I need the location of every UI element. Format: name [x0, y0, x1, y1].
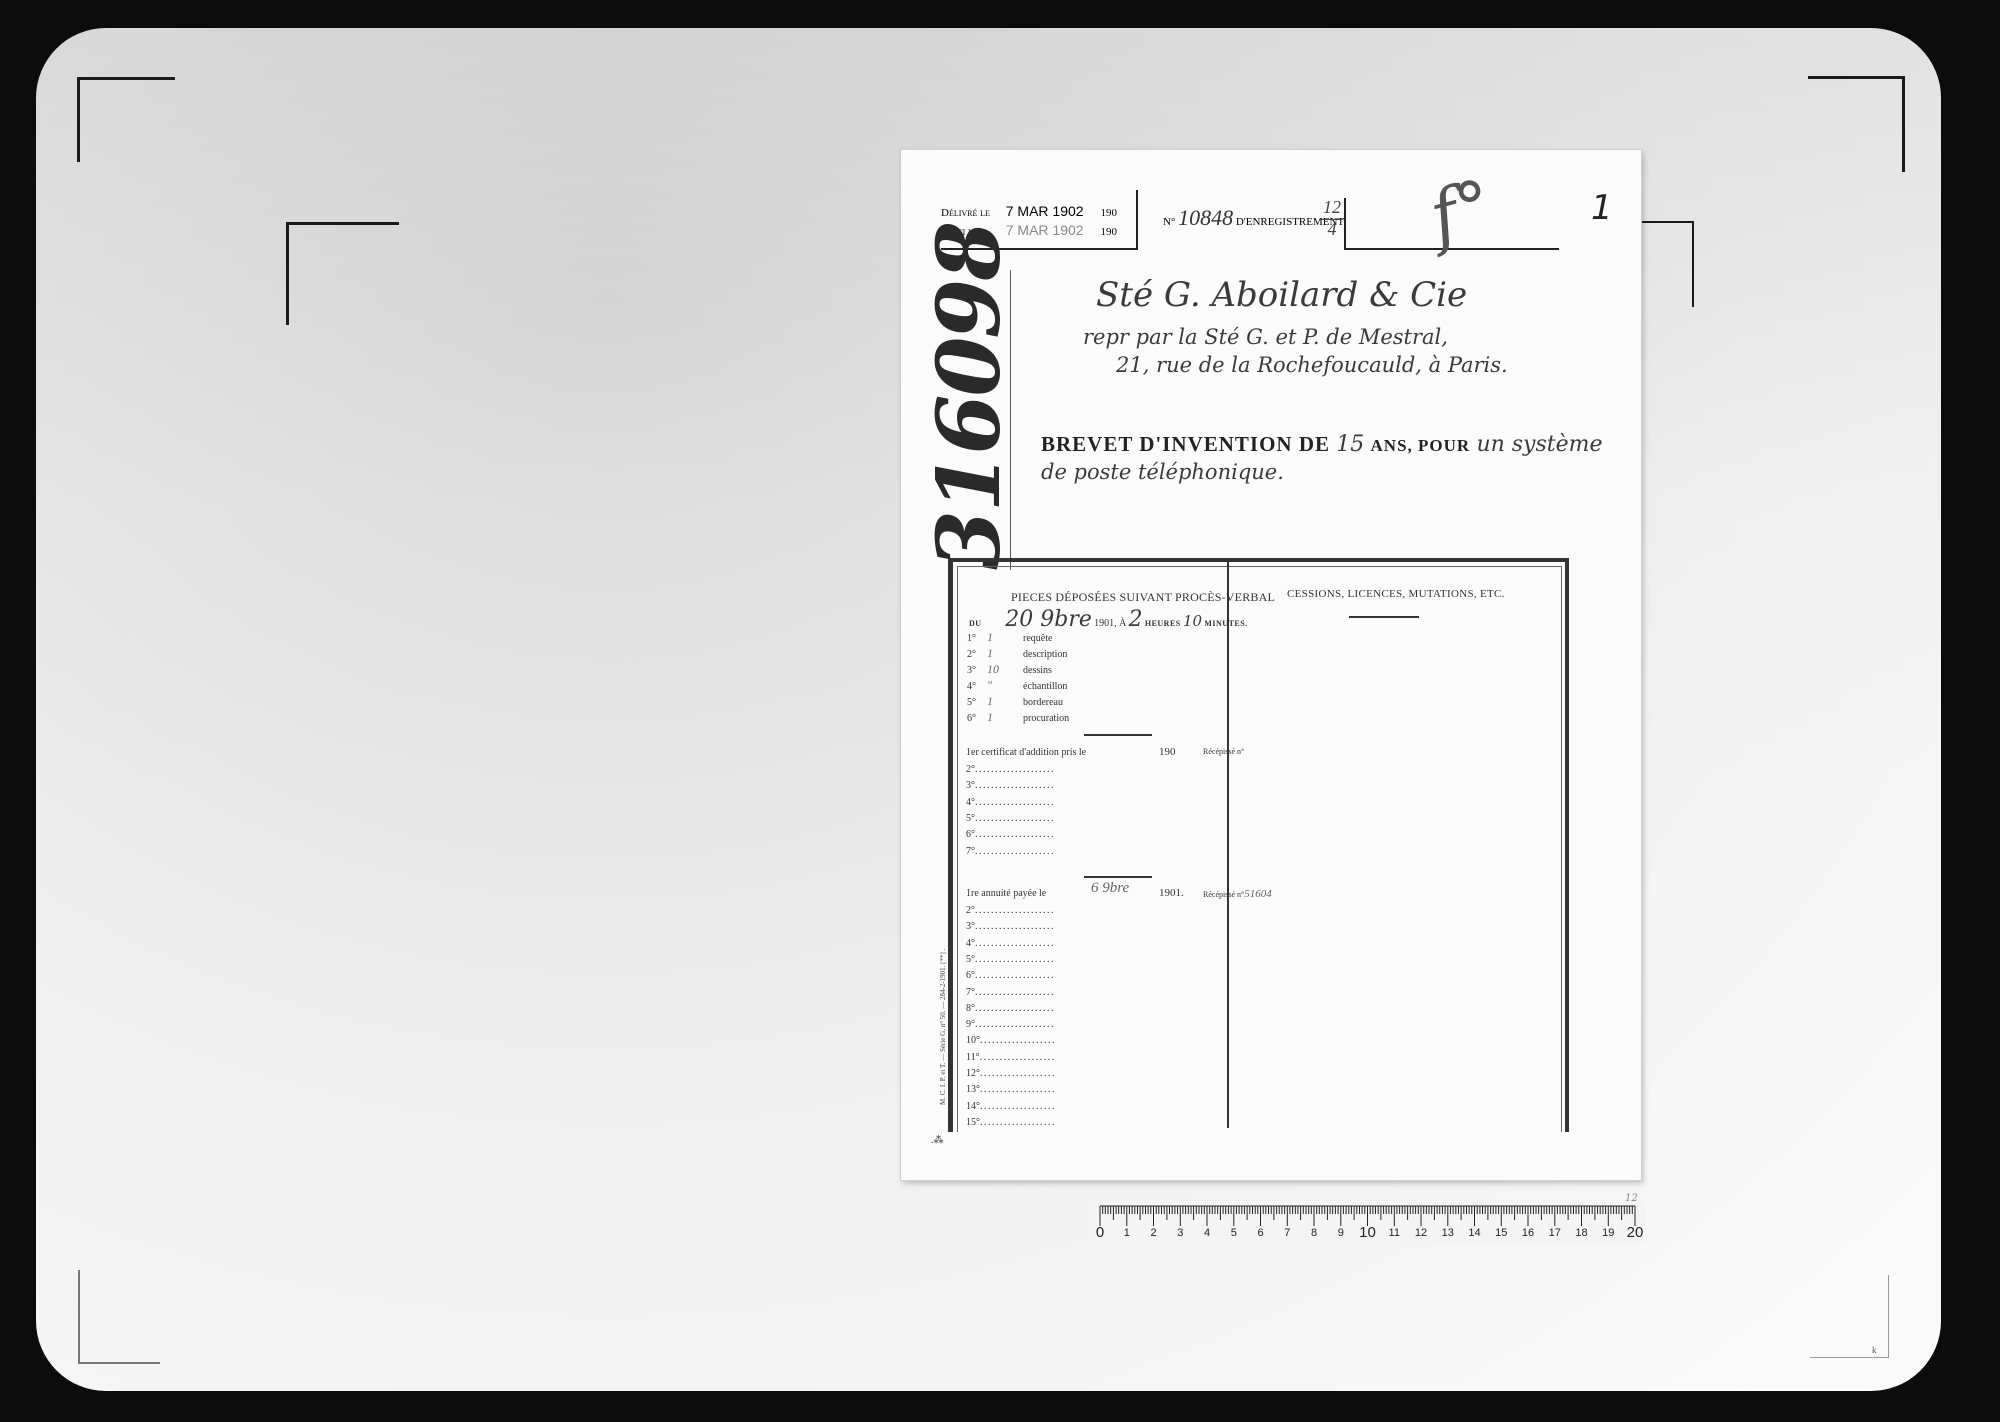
annuity-row-number: 13° [966, 1084, 980, 1095]
certificates-rule [1084, 734, 1152, 736]
annuity-row: 4°.................... [966, 938, 1055, 949]
annuity-row-number: 6° [966, 970, 975, 981]
holder-representative: repr par la Sté G. et P. de Mestral, [1083, 325, 1448, 349]
annuity-receipt-number: 51604 [1244, 888, 1272, 900]
folio-number: 12 [1625, 1193, 1638, 1204]
certificate-row-number: 6° [966, 829, 975, 840]
title-years: 15 [1336, 432, 1364, 457]
fraction-top: 12 [1321, 196, 1343, 218]
delivered-row: Délivré le 7 MAR 1902 190 [941, 203, 1117, 219]
dotted-leader: ................... [980, 1101, 1056, 1112]
page-number: 1 [1591, 188, 1613, 228]
ink-mark: .⁂ [931, 1135, 944, 1146]
dotted-leader: ................... [980, 1084, 1056, 1095]
annuity-row: 6°.................... [966, 970, 1055, 981]
ruler-label: 18 [1575, 1227, 1587, 1239]
annuity-row-number: 8° [966, 1003, 975, 1014]
piece-item: 5°1bordereau [967, 694, 1063, 709]
dotted-leader: .................... [975, 987, 1055, 998]
ruler-label: 4 [1204, 1227, 1210, 1239]
piece-number: 1° [967, 633, 987, 644]
ruler-label: 1 [1124, 1227, 1130, 1239]
certificate-first-row: 1er certificat d'addition pris le [966, 747, 1086, 758]
annuity-first-date: 6 9bre [1091, 880, 1129, 897]
delivered-year: 190 [1101, 207, 1118, 219]
dotted-leader: .................... [975, 813, 1055, 824]
piece-item: 4°"échantillon [967, 678, 1067, 693]
annuity-receipt-label: Récépissé n° [1203, 890, 1244, 899]
ruler-label: 3 [1177, 1227, 1183, 1239]
certificate-receipt-label: Récépissé n° [1203, 747, 1244, 756]
ruler-label: 13 [1442, 1227, 1454, 1239]
crop-mark-bottom-left [78, 1270, 160, 1364]
annuity-row-number: 10° [966, 1035, 980, 1046]
ruler-label: 16 [1522, 1227, 1534, 1239]
printer-imprint: M. C. I. P. et T. — Série G, n° 50. — 28… [939, 949, 947, 1105]
dotted-leader: .................... [975, 797, 1055, 808]
annuity-row: 5°.................... [966, 954, 1055, 965]
margin-rule [1010, 270, 1011, 570]
ruler-label: 0 [1096, 1224, 1104, 1241]
annuity-row-number: 14° [966, 1101, 980, 1112]
annuity-row-number: 11° [966, 1052, 980, 1063]
crop-mark-top-left [77, 77, 175, 162]
holder-address: 21, rue de la Rochefoucauld, à Paris. [1116, 353, 1508, 377]
piece-label: échantillon [1023, 681, 1067, 692]
certificate-row: 6°.................... [966, 829, 1055, 840]
filing-minutes: 10 [1183, 612, 1202, 630]
title-subject-2: de poste téléphonique. [1041, 460, 1284, 484]
delivered-label: Délivré le [941, 207, 1003, 219]
piece-quantity: 1 [987, 646, 1007, 661]
dotted-leader: .................... [975, 970, 1055, 981]
certificate-row: 4°.................... [966, 797, 1055, 808]
certificate-row: 2°.................... [966, 764, 1055, 775]
dotted-leader: .................... [975, 780, 1055, 791]
piece-label: procuration [1023, 713, 1069, 724]
patent-record-card: Délivré le 7 MAR 1902 190 Parti le 7 MAR… [901, 150, 1641, 1180]
dotted-leader: .................... [975, 846, 1055, 857]
ruler-label: 19 [1602, 1227, 1614, 1239]
dotted-leader: ................... [980, 1035, 1056, 1046]
cessions-rule [1349, 616, 1419, 618]
dotted-leader: ................... [980, 1052, 1056, 1063]
piece-label: description [1023, 649, 1067, 660]
certificate-row-number: 5° [966, 813, 975, 824]
certificate-first-label: 1er certificat d'addition pris le [966, 747, 1086, 758]
dotted-leader: .................... [975, 764, 1055, 775]
patent-number: 316098 [919, 223, 1020, 570]
ruler-label: 6 [1257, 1227, 1263, 1239]
certificate-row-number: 4° [966, 797, 975, 808]
annuity-row-number: 12° [966, 1068, 980, 1079]
fraction-bottom: 4 [1321, 218, 1343, 240]
du-label: DU [969, 619, 1003, 628]
piece-item: 6°1procuration [967, 710, 1069, 725]
annuity-first-row: 1re annuité payée le [966, 888, 1046, 899]
annuities-rule [1084, 876, 1152, 878]
delivered-stamp: 7 MAR 1902 [1006, 203, 1098, 219]
registration-number: 10848 [1178, 205, 1233, 230]
ruler-label: 14 [1468, 1227, 1480, 1239]
annuity-first-label: 1re annuité payée le [966, 888, 1046, 899]
fraction-line [1319, 219, 1343, 220]
annuity-row: 9°.................... [966, 1019, 1055, 1030]
column-divider [1227, 560, 1229, 1128]
annuity-row: 14°................... [966, 1101, 1056, 1112]
dotted-leader: .................... [975, 921, 1055, 932]
ruler-label: 10 [1359, 1224, 1376, 1241]
piece-label: dessins [1023, 665, 1052, 676]
certificate-row-number: 3° [966, 780, 975, 791]
patent-title: BREVET D'INVENTION DE 15 ANS, POUR un sy… [1041, 432, 1603, 457]
annuity-row: 7°.................... [966, 987, 1055, 998]
annuity-row-number: 9° [966, 1019, 975, 1030]
annuity-row-number: 15° [966, 1117, 980, 1128]
dotted-leader: ................... [980, 1117, 1056, 1128]
crop-mark-inner-top-right [1640, 221, 1694, 307]
piece-item: 1°1requête [967, 630, 1052, 645]
cessions-heading: CESSIONS, LICENCES, MUTATIONS, ETC. [1287, 588, 1505, 600]
annuity-row: 8°.................... [966, 1003, 1055, 1014]
annuity-row: 2°.................... [966, 905, 1055, 916]
ruler-label: 17 [1549, 1227, 1561, 1239]
annuity-row: 13°................... [966, 1084, 1056, 1095]
dotted-leader: ................... [980, 1068, 1056, 1079]
piece-number: 6° [967, 713, 987, 724]
ruler-label: 9 [1338, 1227, 1344, 1239]
piece-item: 2°1description [967, 646, 1067, 661]
ruler-label: 5 [1231, 1227, 1237, 1239]
annuity-row-number: 3° [966, 921, 975, 932]
certificate-row-number: 2° [966, 764, 975, 775]
annuity-receipt: Récépissé n°51604 [1203, 888, 1272, 900]
annuity-row: 12°................... [966, 1068, 1056, 1079]
hour-label: HEURES [1145, 619, 1181, 628]
ruler-label: 8 [1311, 1227, 1317, 1239]
filing-date-row: DU 20 9bre 1901, À 2 HEURES 10 MINUTES. [969, 607, 1248, 632]
dotted-leader: .................... [975, 938, 1055, 949]
title-subject-1: un système [1476, 432, 1602, 457]
piece-number: 2° [967, 649, 987, 660]
annuity-year: 1901. [1159, 887, 1184, 899]
piece-label: requête [1023, 633, 1052, 644]
piece-label: bordereau [1023, 697, 1063, 708]
departed-year: 190 [1101, 226, 1118, 238]
annuity-row: 15°................... [966, 1117, 1056, 1128]
piece-number: 4° [967, 681, 987, 692]
dotted-leader: .................... [975, 905, 1055, 916]
ruler-label: 12 [1415, 1227, 1427, 1239]
pieces-heading: PIECES DÉPOSÉES SUIVANT PROCÈS-VERBAL [1011, 590, 1275, 605]
piece-item: 3°10dessins [967, 662, 1052, 677]
annuity-row: 11°................... [966, 1052, 1056, 1063]
piece-quantity: 1 [987, 694, 1007, 709]
certificate-row: 7°.................... [966, 846, 1055, 857]
ruler-label: 7 [1284, 1227, 1290, 1239]
annuity-row-number: 5° [966, 954, 975, 965]
piece-quantity: 10 [987, 662, 1007, 677]
registration: N° 10848 D'ENREGISTREMENT [1163, 205, 1344, 231]
certificate-row: 3°.................... [966, 780, 1055, 791]
piece-quantity: 1 [987, 630, 1007, 645]
certificate-row: 5°.................... [966, 813, 1055, 824]
scale-ruler: 01234567891011121314151617181920 [1090, 1200, 1646, 1245]
annuity-row-number: 7° [966, 987, 975, 998]
piece-quantity: 1 [987, 710, 1007, 725]
ruler-label: 15 [1495, 1227, 1507, 1239]
piece-quantity: " [987, 678, 1007, 693]
certificate-row-number: 7° [966, 846, 975, 857]
ruler-label: 20 [1627, 1224, 1644, 1241]
filing-year: 1901 [1094, 618, 1114, 629]
crop-mark-top-right [1808, 76, 1905, 172]
crop-mark-bottom-right [1810, 1275, 1889, 1358]
title-prefix: BREVET D'INVENTION DE [1041, 432, 1330, 456]
dotted-leader: .................... [975, 1019, 1055, 1030]
a-label: , À [1114, 618, 1126, 629]
annuity-row: 10°................... [966, 1035, 1056, 1046]
filing-hour: 2 [1129, 607, 1143, 632]
annuity-row-number: 2° [966, 905, 975, 916]
dotted-leader: .................... [975, 954, 1055, 965]
ruler-label: 11 [1389, 1227, 1400, 1239]
piece-number: 3° [967, 665, 987, 676]
folio-flourish: f° [1421, 164, 1501, 259]
dotted-leader: .................... [975, 829, 1055, 840]
ruler-label: 2 [1150, 1227, 1156, 1239]
rule-vertical [1344, 198, 1346, 248]
certificate-year: 190 [1159, 746, 1176, 758]
fraction: 12 4 [1321, 196, 1343, 240]
holder-name: Sté G. Aboilard & Cie [1096, 275, 1467, 315]
crop-mark-inner-top-left [286, 222, 399, 325]
registration-prefix: N° [1163, 216, 1175, 228]
piece-number: 5° [967, 697, 987, 708]
minutes-label: MINUTES. [1204, 619, 1247, 628]
annuity-row-number: 4° [966, 938, 975, 949]
filing-date: 20 9bre [1005, 607, 1092, 632]
annuity-row: 3°.................... [966, 921, 1055, 932]
title-middle: ANS, POUR [1371, 436, 1471, 455]
corner-mark: k [1872, 1345, 1877, 1355]
dotted-leader: .................... [975, 1003, 1055, 1014]
